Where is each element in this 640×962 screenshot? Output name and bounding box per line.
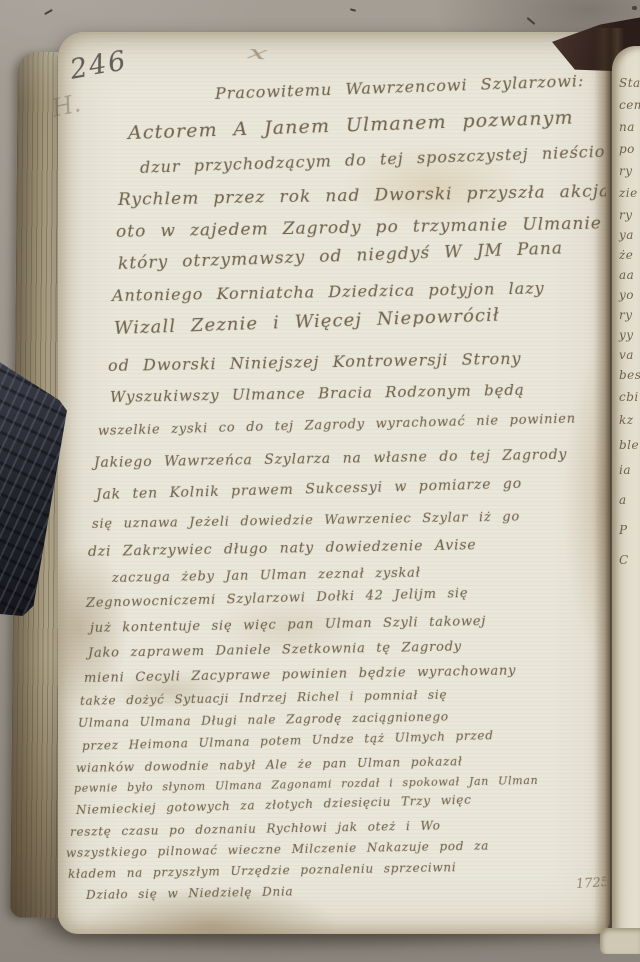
adjacent-page-edge: Stacemnaporyzieryyażeaayoryyyvabescbikzb…	[612, 46, 640, 948]
adjacent-page-text-fragment: kz	[619, 413, 634, 427]
adjacent-page-text-fragment: Sta	[619, 76, 640, 90]
adjacent-page-text-fragment: po	[619, 142, 635, 156]
adjacent-page-text-fragment: a	[619, 493, 627, 507]
adjacent-page-text-fragment: cem	[619, 98, 640, 112]
photograph-of-manuscript: Stacemnaporyzieryyażeaayoryyyvabescbikzb…	[0, 0, 640, 962]
manuscript-page	[58, 32, 610, 934]
adjacent-page-text-fragment: C	[619, 553, 629, 567]
adjacent-page-text-fragment: yy	[619, 328, 634, 342]
adjacent-page-text-fragment: ia	[619, 463, 631, 477]
background-speck	[632, 6, 637, 10]
adjacent-page-text-fragment: ry	[619, 164, 632, 178]
adjacent-page-text-fragment: cbi	[619, 390, 639, 404]
adjacent-page-text-fragment: yo	[619, 288, 634, 302]
adjacent-page-text-fragment: ry	[619, 208, 632, 222]
adjacent-page-bottom-edge	[600, 928, 640, 954]
background-speck	[44, 9, 53, 15]
background-speck	[527, 17, 536, 25]
adjacent-page-text-fragment: ya	[619, 228, 634, 242]
adjacent-page-text-fragment: P	[619, 523, 628, 537]
adjacent-page-text-fragment: aa	[619, 268, 634, 282]
adjacent-page-text-fragment: ble	[619, 438, 639, 452]
adjacent-page-text-fragment: va	[619, 348, 634, 362]
adjacent-page-text-fragment: zie	[619, 186, 638, 200]
adjacent-page-text-fragment: ry	[619, 308, 632, 322]
adjacent-page-text-fragment: na	[619, 120, 635, 134]
adjacent-page-text-fragment: że	[619, 248, 633, 262]
background-speck	[350, 8, 356, 11]
adjacent-page-text-fragment: bes	[619, 368, 640, 382]
